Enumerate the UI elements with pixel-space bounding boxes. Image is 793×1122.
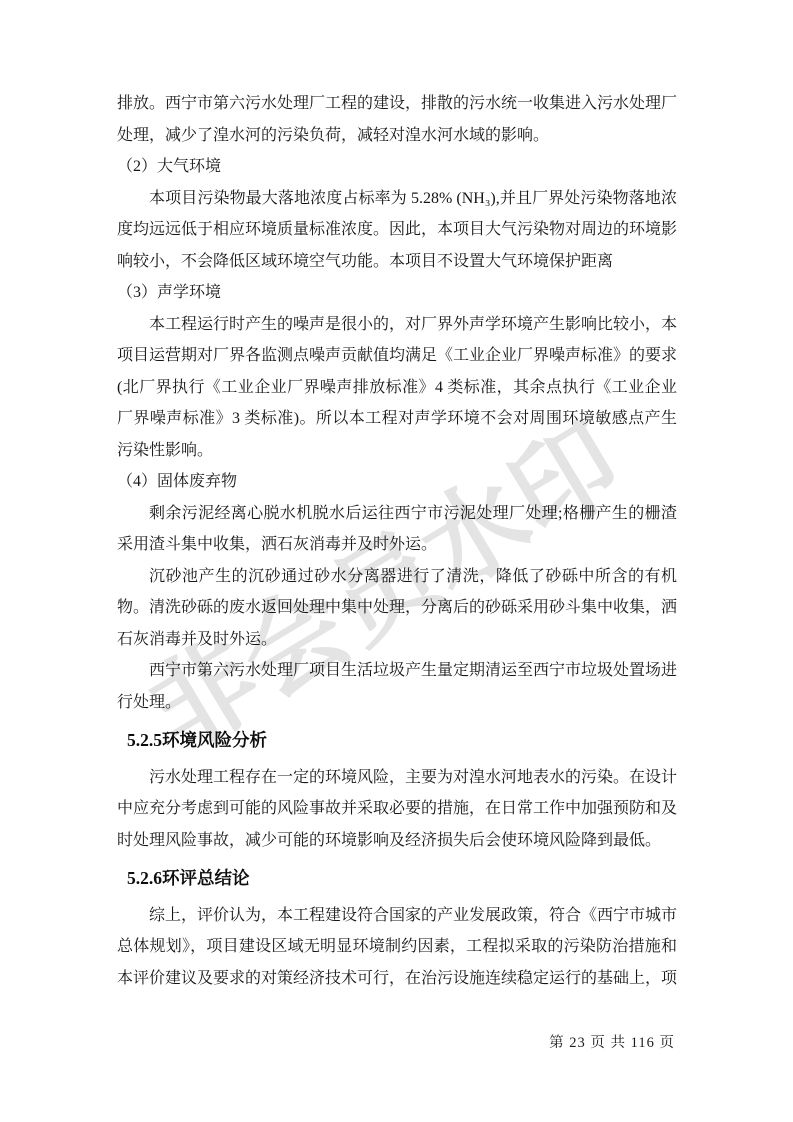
paragraph-grit-washing: 沉砂池产生的沉砂通过砂水分离器进行了清洗，降低了砂砾中所含的有机物。清洗砂砾的废… [117,561,677,656]
item-heading-solid-waste: （4）固体废弃物 [117,466,677,498]
page-body-text: 排放。西宁市第六污水处理厂工程的建设，排散的污水统一收集进入污水处理厂处理，减少… [117,88,677,994]
item-heading-acoustic: （3）声学环境 [117,277,677,309]
section-heading-5-2-5: 5.2.5环境风险分析 [117,725,677,757]
section-heading-5-2-6: 5.2.6环评总结论 [117,863,677,895]
paragraph-noise-impact: 本工程运行时产生的噪声是很小的，对厂界外声学环境产生影响比较小，本项目运营期对厂… [117,309,677,467]
paragraph-continued-wastewater: 排放。西宁市第六污水处理厂工程的建设，排散的污水统一收集进入污水处理厂处理，减少… [117,88,677,151]
paragraph-environmental-risk: 污水处理工程存在一定的环境风险，主要为对湟水河地表水的污染。在设计中应充分考虑到… [117,762,677,857]
paragraph-domestic-garbage: 西宁市第六污水处理厂项目生活垃圾产生量定期清运至西宁市垃圾处置场进行处理。 [117,655,677,718]
page-number-footer: 第 23 页 共 116 页 [549,1031,675,1052]
document-page: 非会员水印 排放。西宁市第六污水处理厂工程的建设，排散的污水统一收集进入污水处理… [0,0,793,1122]
item-heading-atmosphere: （2）大气环境 [117,151,677,183]
paragraph-air-impact: 本项目污染物最大落地浓度占标率为 5.28% (NH₃),并且厂界处污染物落地浓… [117,183,677,278]
paragraph-sludge-disposal: 剩余污泥经离心脱水机脱水后运往西宁市污泥处理厂处理;格栅产生的栅渣采用渣斗集中收… [117,498,677,561]
paragraph-eia-conclusion: 综上，评价认为，本工程建设符合国家的产业发展政策，符合《西宁市城市总体规划》，项… [117,900,677,995]
